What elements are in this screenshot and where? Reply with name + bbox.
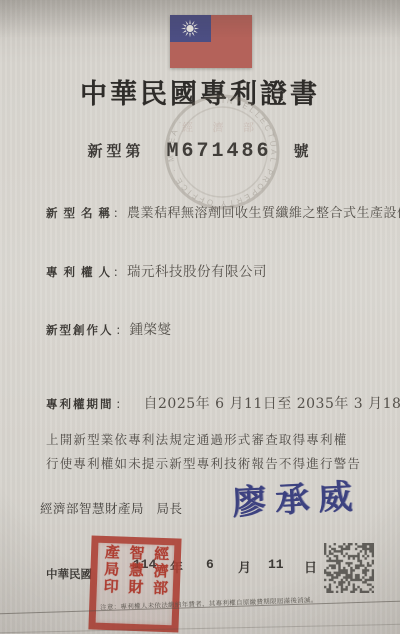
statement-line: 行使專利權如未提示新型專利技術報告不得進行警告: [46, 454, 361, 472]
patent-number-value: M671486: [166, 140, 271, 163]
statement-line: 上開新型業依專利法規定通過形式審查取得專利權: [46, 430, 361, 448]
date-month: 6: [206, 557, 214, 572]
patent-number-prefix: 新型第: [87, 140, 144, 161]
field-value: 瑞元科技股份有限公司: [127, 260, 267, 280]
red-seal-column: 經濟部: [151, 546, 169, 624]
field-value: 農業秸稈無溶劑回收生質纖維之整合式生產設備: [127, 202, 400, 221]
paper-edge-line: [0, 624, 400, 634]
date-month-unit: 月: [238, 557, 251, 576]
field-colon: ：: [113, 263, 125, 280]
issuer-title: 局長: [157, 501, 183, 516]
emboss-inner-text: 經 濟 部: [182, 120, 262, 134]
roc-flag-svg: [170, 15, 252, 68]
date-day-unit: 日: [304, 557, 317, 576]
date-day: 11: [268, 557, 284, 572]
field-row-patentee: 專 利 權 人 ： 瑞元科技股份有限公司: [46, 260, 386, 280]
field-value: 鍾棨燮: [130, 318, 172, 338]
director-signature: 廖承威: [231, 469, 362, 525]
official-red-seal: 經濟部 智慧財 產局印: [88, 535, 181, 632]
field-colon: ：: [116, 321, 128, 338]
issuer-line: 經濟部智慧財產局 局長: [40, 499, 183, 517]
field-label: 新型創作人: [46, 322, 114, 338]
field-value: 自2025年 6 月11日至 2035年 3 月18日止: [144, 393, 400, 413]
field-row-creator: 新型創作人 ： 鍾棨燮: [46, 318, 386, 338]
roc-flag-icon: [170, 15, 252, 68]
field-row-type-name: 新 型 名 稱 ： 農業秸稈無溶劑回收生質纖維之整合式生產設備: [46, 202, 386, 221]
patent-number-line: 新型第 M671486 號: [0, 140, 400, 163]
field-colon: ：: [116, 395, 128, 412]
date-era: 中華民國: [46, 566, 92, 582]
field-colon: ：: [113, 204, 125, 221]
red-seal-column: 智慧財: [126, 545, 144, 623]
field-label: 新 型 名 稱: [46, 205, 111, 221]
qr-code-icon: [324, 543, 374, 593]
field-row-term: 專利權期間 ： 自2025年 6 月11日至 2035年 3 月18日止: [46, 393, 386, 413]
patent-certificate-page: 中華民國專利證書 INTELLECTUAL PROPERTY OFFICE · …: [0, 0, 400, 634]
patent-number-suffix: 號: [294, 140, 313, 161]
field-label: 專 利 權 人: [46, 264, 111, 280]
field-label: 專利權期間: [46, 396, 114, 412]
issuer-office: 經濟部智慧財產局: [40, 501, 144, 516]
